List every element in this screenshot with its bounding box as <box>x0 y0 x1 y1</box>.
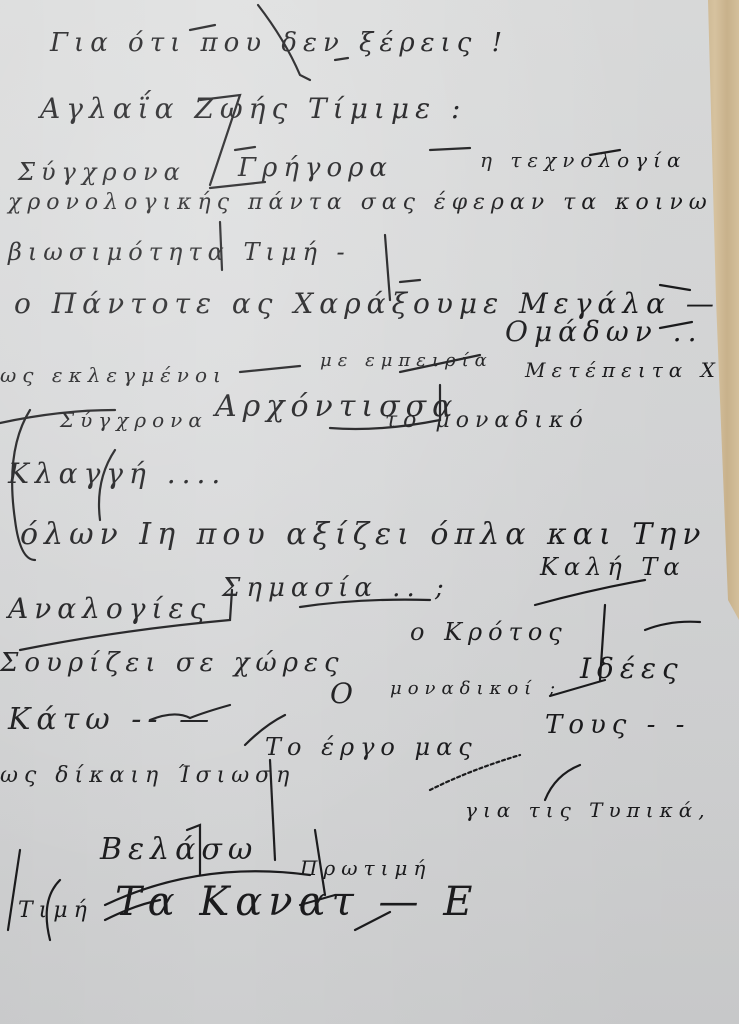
handwritten-line: Γρήγορα <box>238 155 393 181</box>
handwritten-line: η τεχνολογία <box>480 150 686 170</box>
tau-bar-stroke <box>235 147 255 150</box>
handwritten-line: Ο <box>330 680 359 708</box>
handwritten-line: Πρωτιμή <box>300 858 431 878</box>
handwritten-line: για τις Τυπικά, <box>465 800 711 820</box>
handwritten-line: ως εκλεγμένοι <box>0 365 227 385</box>
handwritten-line: χρονολογικής πάντα σας έφεραν τα κοινωνι… <box>8 192 739 214</box>
handwritten-line: όλων Ιη που αξίζει όπλα και Την <box>20 520 706 550</box>
handwritten-line: Κλαγγή .... <box>8 460 226 488</box>
underline-stroke <box>240 366 300 372</box>
handwritten-line: βιωσιμότητα Τιμή - <box>8 240 351 264</box>
handwritten-line: Σημασία .. ; <box>222 575 450 601</box>
handwritten-line: Βελάσω <box>100 835 258 865</box>
tau-bar-stroke <box>400 280 420 282</box>
handwritten-line: Σύγχρονα <box>60 410 208 430</box>
handwritten-line: το μοναδικό <box>385 410 589 432</box>
handwritten-line: Ιδέες <box>580 655 684 683</box>
handwritten-line: Καλή Τα <box>540 555 686 579</box>
curve-stroke <box>545 765 580 800</box>
tau-bar-stroke <box>335 58 348 60</box>
handwritten-line: με εμπειρία <box>320 352 493 370</box>
handwritten-line: Κάτω -- — <box>8 705 215 735</box>
handwritten-line: Σουρίζει σε χώρες <box>0 650 345 676</box>
handwritten-line: ως δίκαιη Ίσιωση <box>0 765 295 787</box>
handwritten-line: Σύγχρονα <box>18 160 186 184</box>
handwritten-line: ο Κρότος <box>410 620 568 644</box>
handwritten-line: Ομάδων .. <box>505 318 702 346</box>
handwritten-line: Τους - - <box>545 712 690 738</box>
handwritten-line: μοναδικοί ; <box>390 680 561 698</box>
handwritten-line: Τα Κανατ — Ε <box>115 882 478 922</box>
handwritten-line: Για ότι που δεν ξέρεις ! <box>50 30 508 56</box>
handwritten-line: Αναλογίες <box>8 595 211 623</box>
handwritten-line: Το έργο μας <box>265 735 478 759</box>
handwritten-paper-sheet: Για ότι που δεν ξέρεις ! Αγλαΐα Ζωής Τίμ… <box>0 0 739 1024</box>
handwritten-line: Τιμή <box>18 900 93 922</box>
handwritten-line: Αγλαΐα Ζωής Τίμιμε : <box>40 95 466 123</box>
curve-stroke <box>645 622 700 630</box>
underline-stroke <box>535 580 645 605</box>
handwritten-line: Μετέπειτα Χάνει <box>525 360 739 380</box>
tau-bar-stroke <box>430 148 470 150</box>
handwritten-line: ο Πάντοτε ας Χαράξουμε Μεγάλα — <box>14 290 720 318</box>
